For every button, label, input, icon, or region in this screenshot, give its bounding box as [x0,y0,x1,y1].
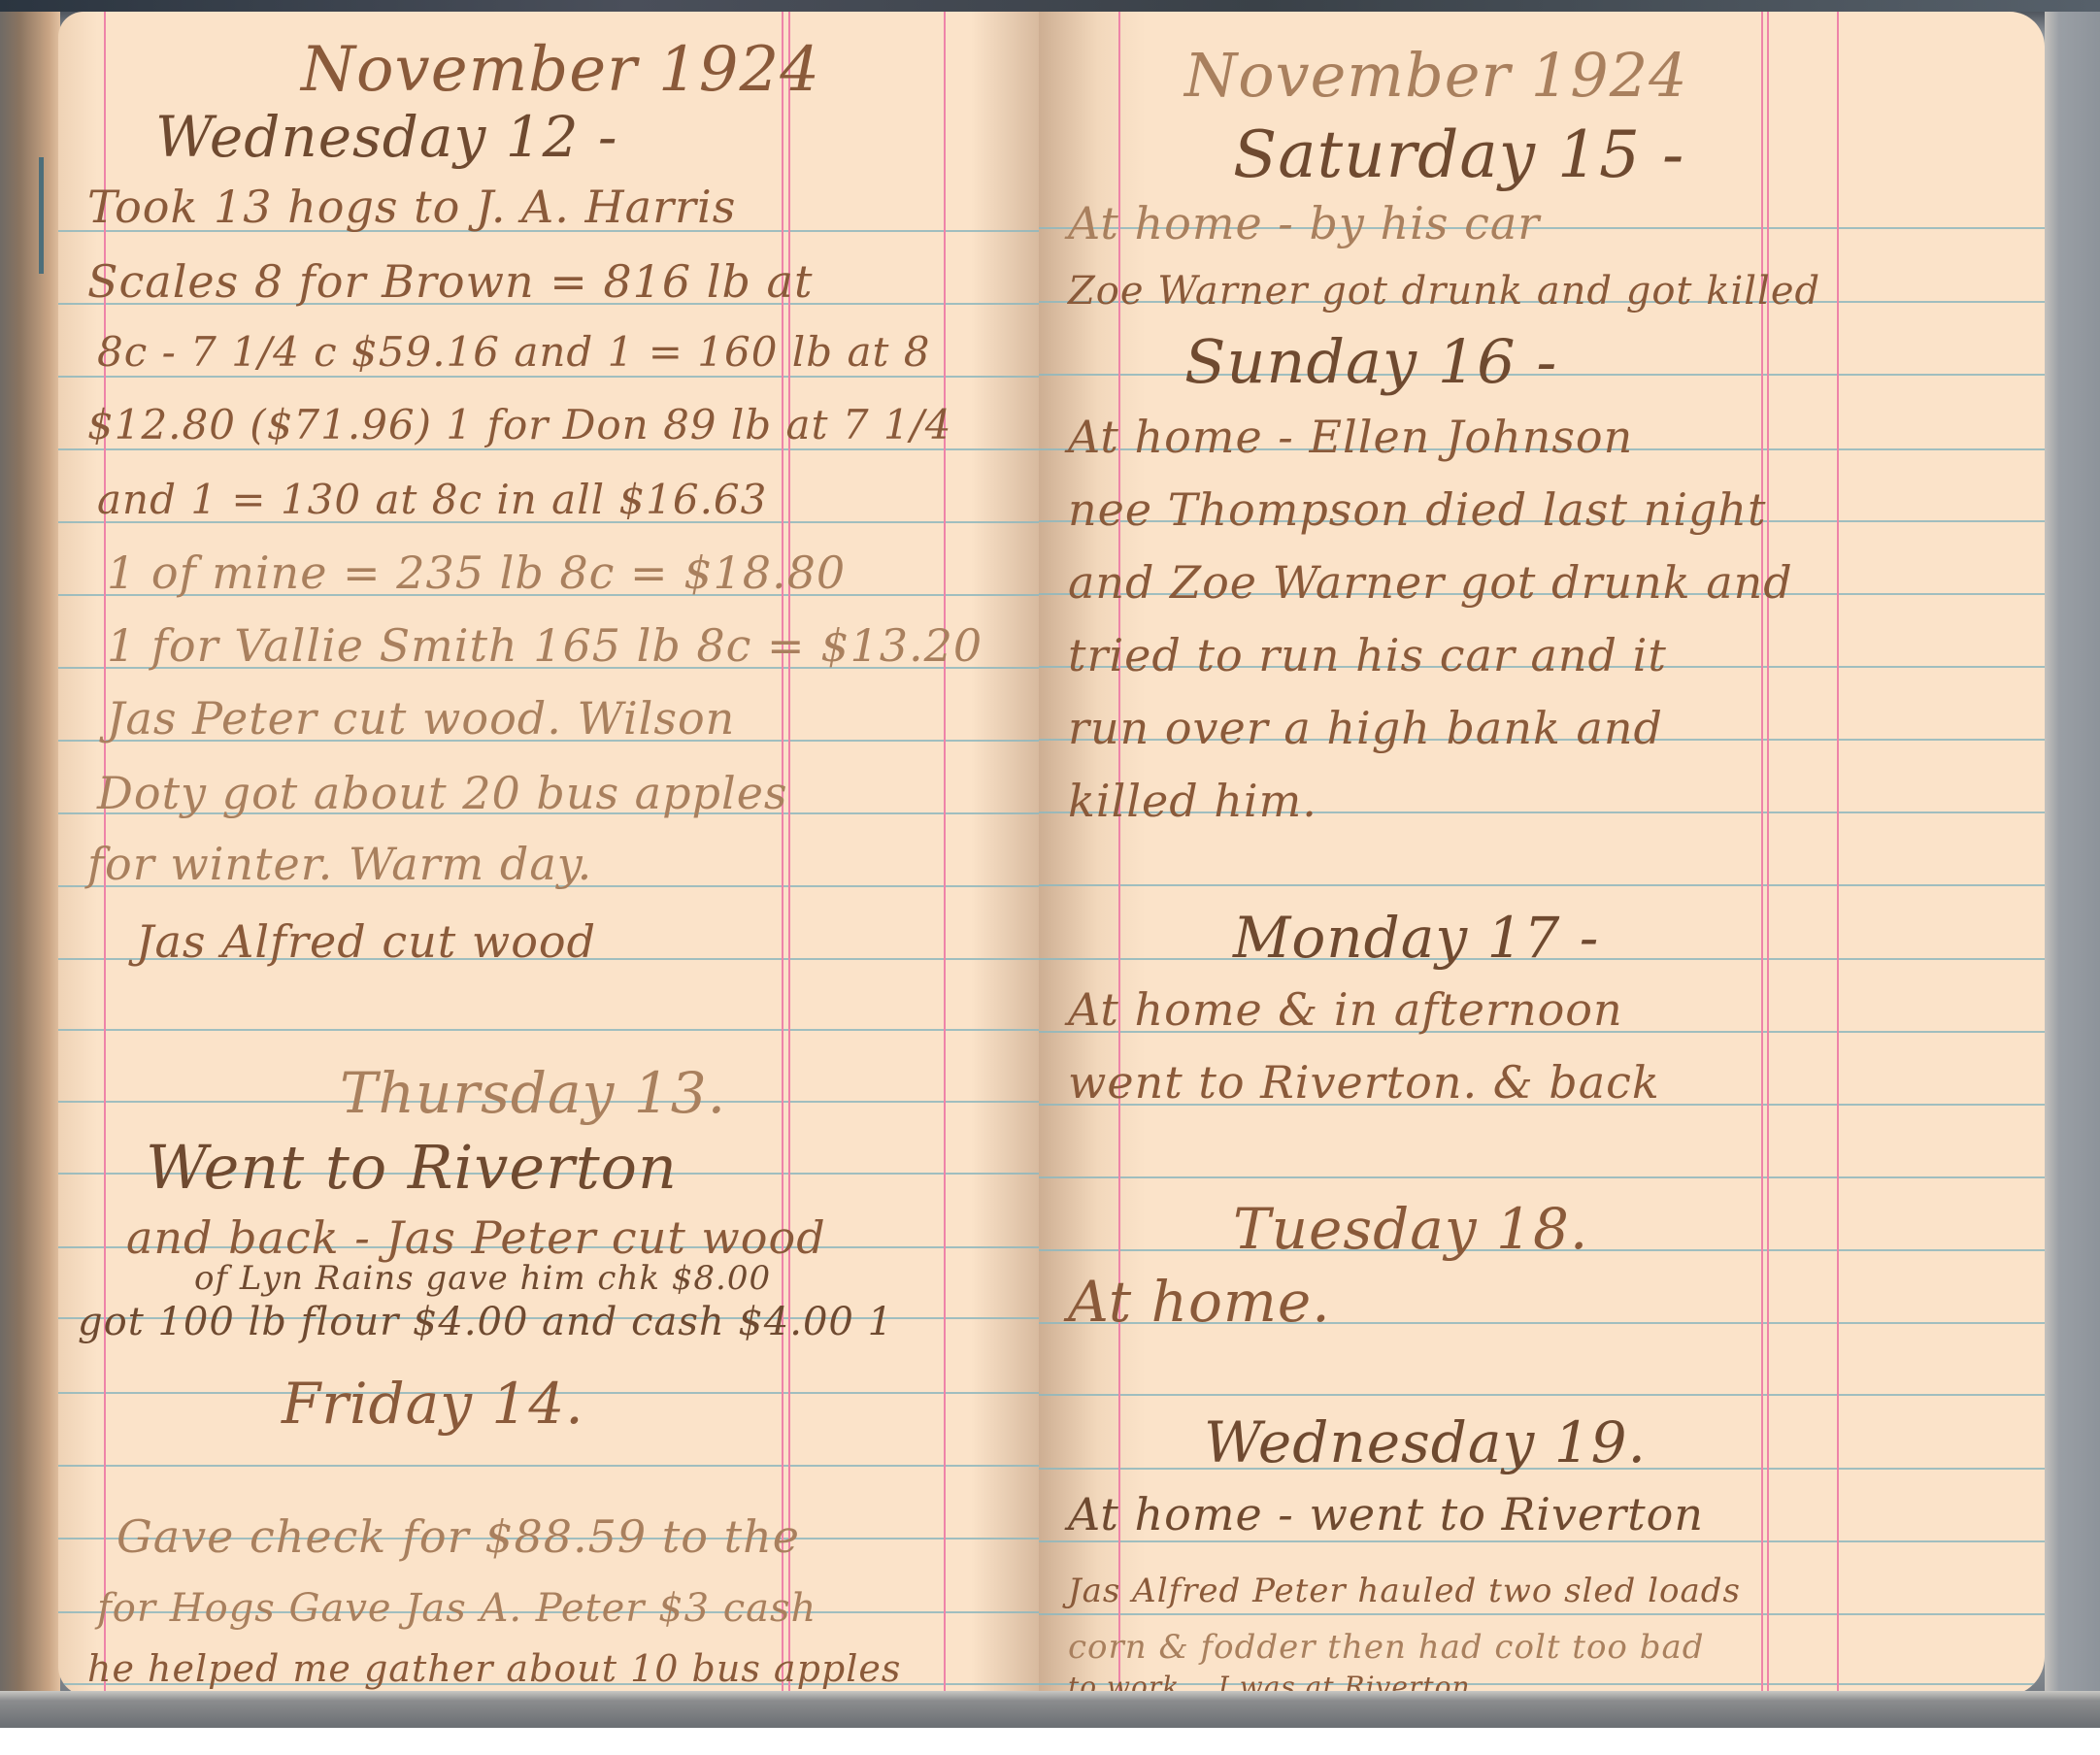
entry-line: and 1 = 130 at 8c in all $16.63 [97,480,767,520]
entry-day: Wednesday 12 - [155,109,618,165]
entry-line: for winter. Warm day. [87,842,592,886]
ruled-line [58,376,1039,378]
margin-line [1118,12,1120,1696]
entry-day: Wednesday 19. [1204,1414,1647,1471]
ruled-line [1039,1394,2045,1396]
entry-line: At home & in afternoon [1068,987,1623,1032]
entry-line: Scales 8 for Brown = 816 lb at [87,259,813,304]
entry-line: killed him. [1068,778,1317,823]
scan-background: November 1924 Wednesday 12 - Took 13 hog… [0,0,2100,1728]
cover-mark [39,157,44,274]
ruled-line [58,1029,1039,1031]
entry-day: Friday 14. [282,1375,584,1432]
entry-line: Took 13 hogs to J. A. Harris [87,184,736,229]
entry-line: 1 of mine = 235 lb 8c = $18.80 [107,550,846,595]
left-page: November 1924 Wednesday 12 - Took 13 hog… [58,12,1039,1696]
entry-line: run over a high bank and [1068,706,1663,750]
entry-day: Saturday 15 - [1233,123,1684,187]
entry-line: of Lyn Rains gave him chk $8.00 [194,1262,771,1295]
entry-line: Gave check for $88.59 to the [117,1514,800,1559]
entry-line: Doty got about 20 bus apples [97,771,788,815]
ruled-line [1039,1540,2045,1542]
margin-line [1837,12,1839,1696]
book-top-edge [0,0,2100,12]
margin-line [944,12,946,1696]
ruled-line [1039,1176,2045,1178]
entry-line: corn & fodder then had colt too bad [1068,1631,1705,1664]
entry-line: At home - Ellen Johnson [1068,414,1633,459]
entry-line: Zoe Warner got drunk and got killed [1068,272,1820,311]
ruled-line [1039,1613,2045,1615]
entry-day: Tuesday 18. [1233,1201,1588,1257]
entry-line: Jas Alfred cut wood [136,919,596,964]
entry-line: Jas Alfred Peter hauled two sled loads [1068,1574,1741,1607]
ruled-line [58,448,1039,450]
entry-line: Went to Riverton [146,1138,678,1198]
entry-line: nee Thompson died last night [1068,487,1767,532]
entry-line: $12.80 ($71.96) 1 for Don 89 lb at 7 1/4 [87,405,951,446]
entry-line: and back - Jas Peter cut wood [126,1215,826,1260]
page-header: November 1924 [1184,46,1688,106]
ruled-line [58,1465,1039,1467]
entry-line: 1 for Vallie Smith 165 lb 8c = $13.20 [107,623,983,668]
entry-day: Monday 17 - [1233,910,1599,966]
right-page: November 1924 Saturday 15 - At home - by… [1039,12,2045,1696]
entry-line: At home. [1068,1274,1331,1330]
margin-line [1761,12,1763,1696]
margin-line [1767,12,1769,1696]
entry-line: and Zoe Warner got drunk and [1068,560,1793,605]
page-header: November 1924 [301,39,820,101]
entry-day: Thursday 13. [340,1065,726,1121]
entry-line: for Hogs Gave Jas A. Peter $3 cash [97,1589,817,1628]
entry-line: got 100 lb flour $4.00 and cash $4.00 1 [78,1303,893,1341]
entry-day: Sunday 16 - [1184,332,1557,392]
entry-line: At home - by his car [1068,201,1540,246]
book-cover-right [2045,12,2100,1696]
entry-line: he helped me gather about 10 bus apples [87,1650,901,1687]
ruled-line [1039,884,2045,886]
entry-line: 8c - 7 1/4 c $59.16 and 1 = 160 lb at 8 [97,332,930,373]
entry-line: tried to run his car and it [1068,633,1667,678]
book-bottom-edge [0,1691,2100,1728]
book-cover-left [0,12,60,1696]
entry-line: At home - went to Riverton [1068,1492,1704,1537]
entry-line: went to Riverton. & back [1068,1060,1660,1105]
entry-line: Jas Peter cut wood. Wilson [107,696,735,741]
